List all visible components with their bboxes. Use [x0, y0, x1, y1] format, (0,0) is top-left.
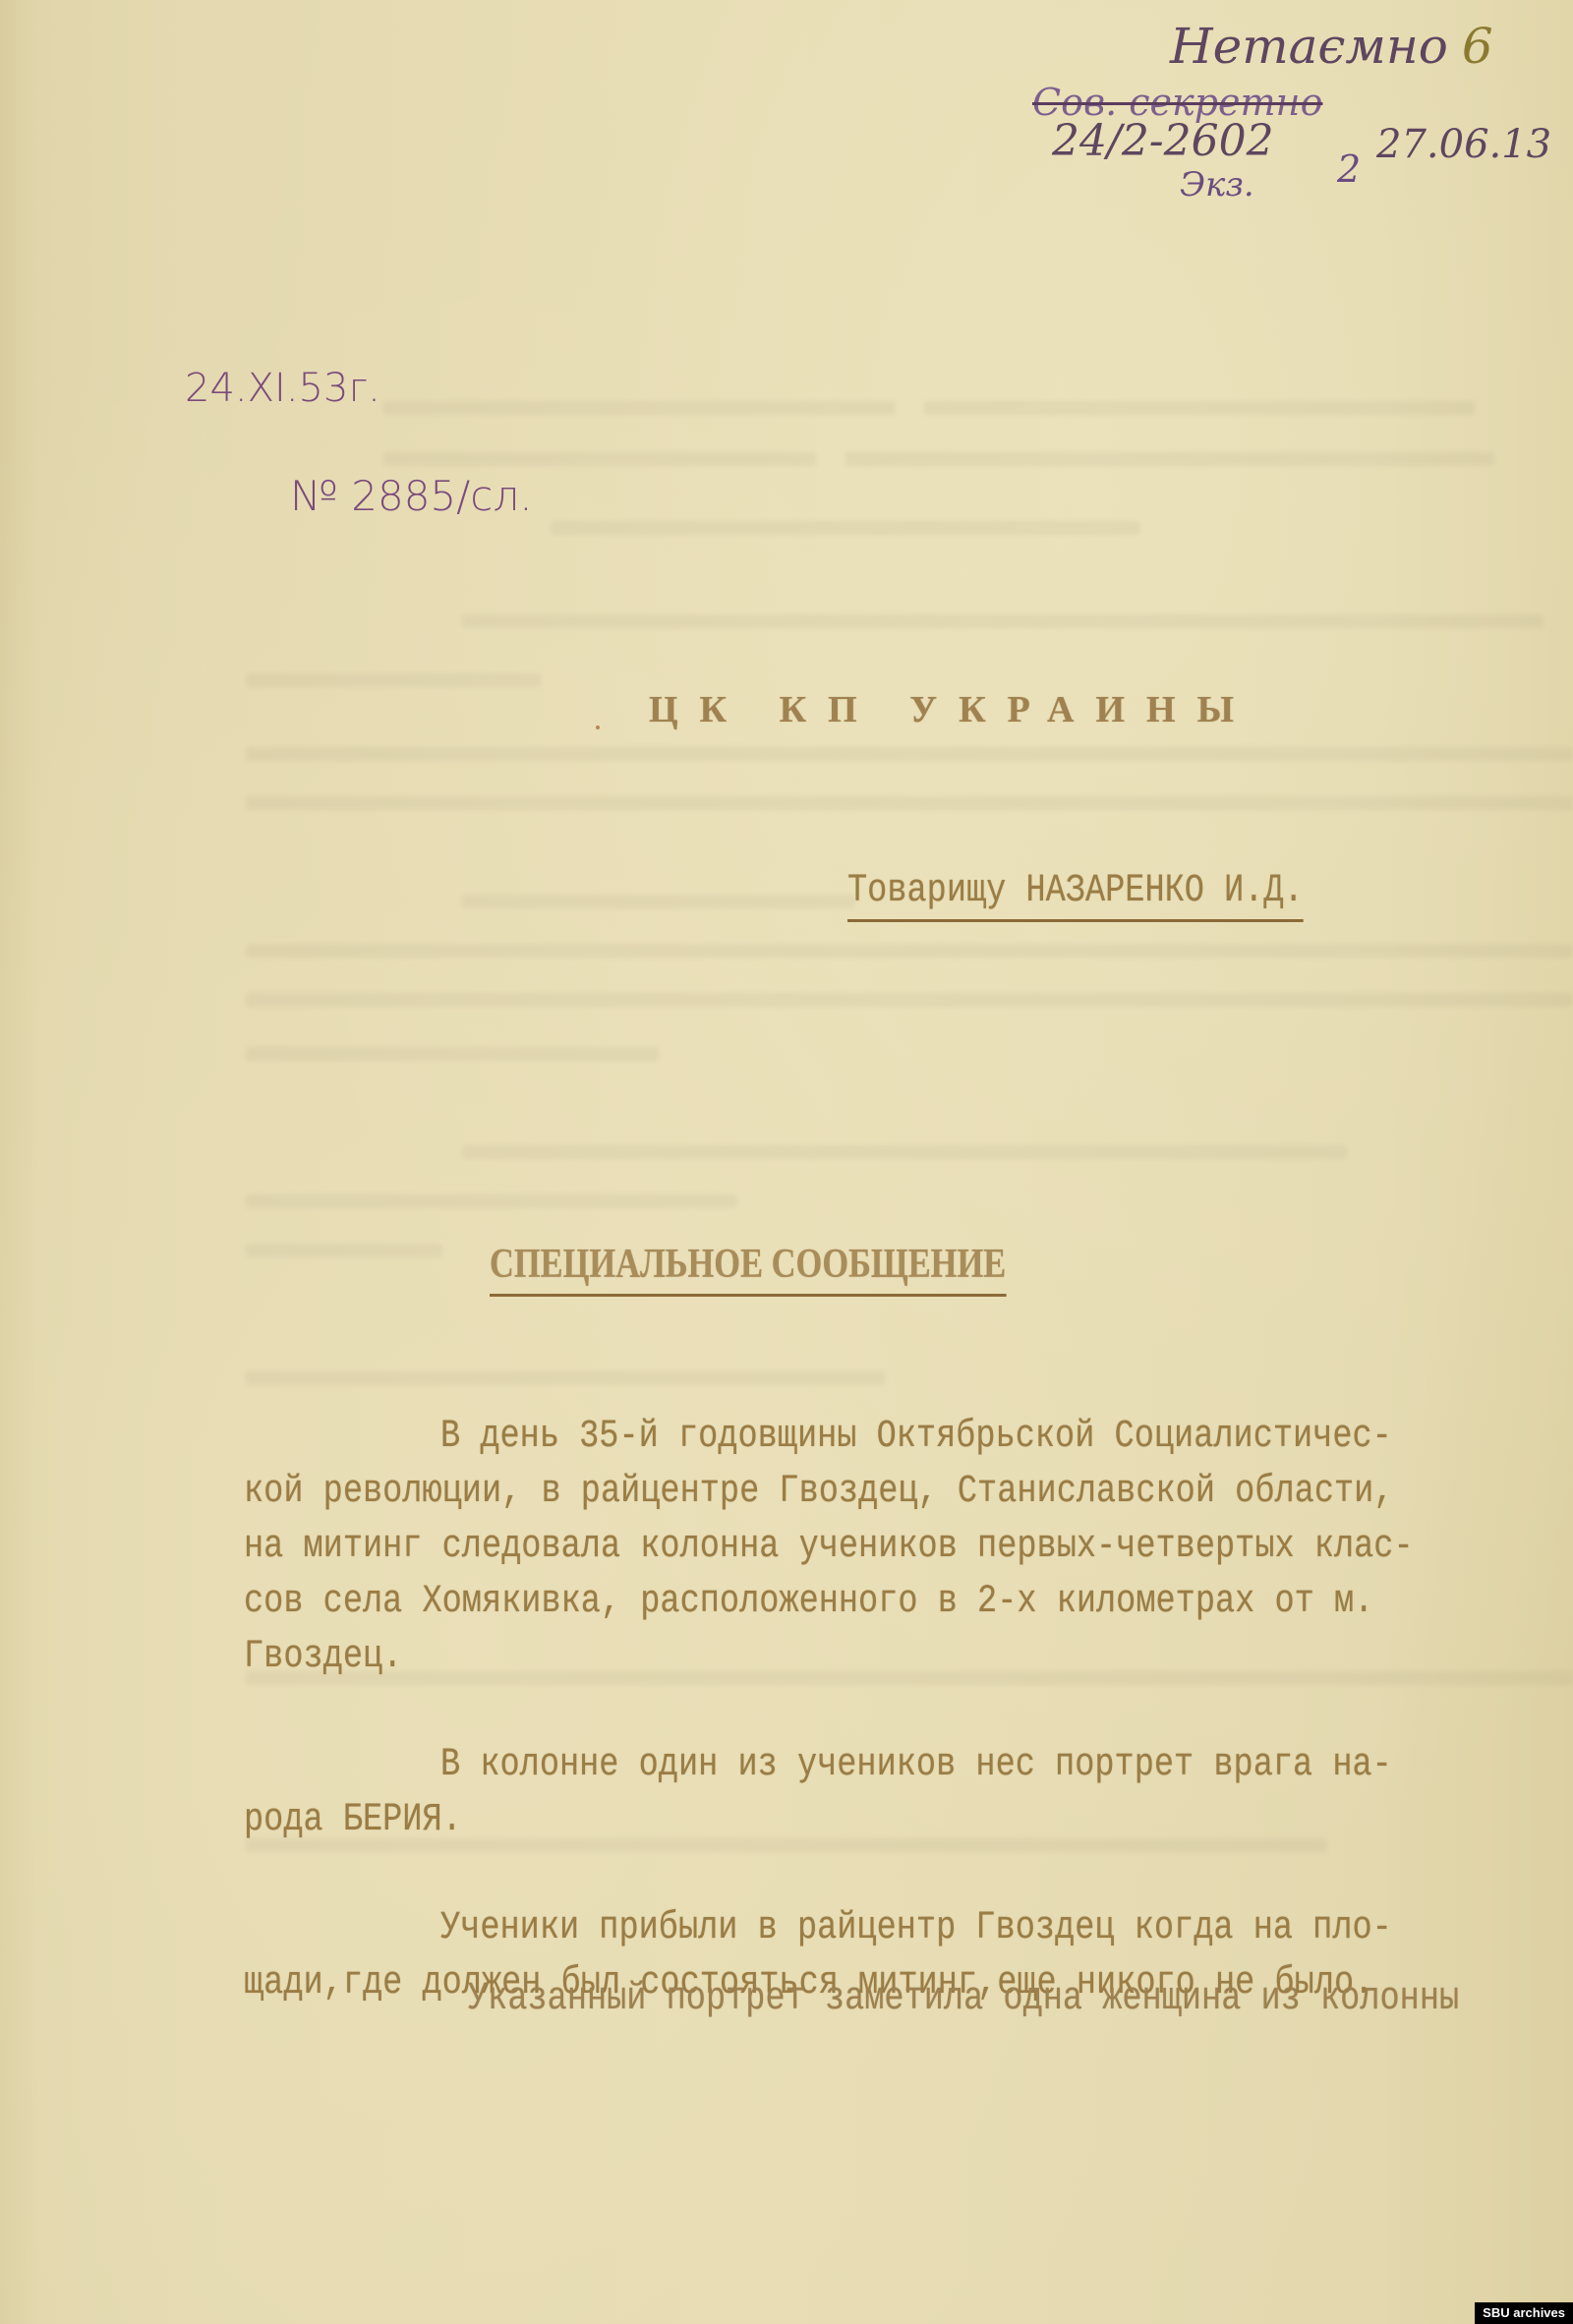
bleed-through-text [462, 895, 855, 908]
registration-number: 24/2-2602 [1052, 116, 1274, 166]
text-line: рода БЕРИЯ. [244, 1801, 462, 1840]
text-line-overtyped: Указанный портрет заметила одна женщина … [468, 1980, 1459, 2019]
bleed-through-text [462, 1145, 1347, 1159]
copy-number: 2 [1337, 147, 1361, 191]
classification-digit: 6 [1462, 18, 1493, 75]
copy-label: Экз. [1180, 165, 1254, 204]
bleed-through-text [246, 747, 1573, 761]
received-date: 24.XI.53г. [185, 366, 380, 411]
registration-date: 27.06.13 [1376, 122, 1551, 167]
archive-watermark: SBU archives [1475, 2302, 1573, 2324]
bleed-through-text [246, 1671, 1573, 1685]
bleed-through-text [845, 452, 1494, 466]
recipient-person: Товарищу НАЗАРЕНКО И.Д. [847, 869, 1304, 922]
incoming-number: № 2885/сл. [290, 472, 533, 520]
bleed-through-text [383, 401, 895, 415]
bleed-through-text [246, 673, 541, 687]
classification-text: Нетаємно [1170, 18, 1448, 75]
bleed-through-text [246, 993, 1573, 1007]
bleed-through-text [246, 1194, 737, 1208]
bleed-through-text [924, 401, 1475, 415]
recipient-organization: ЦК КП УКРАИНЫ [649, 688, 1255, 731]
text-line: В колонне один из учеников нес портрет в… [440, 1746, 1392, 1785]
bleed-through-text [246, 1047, 659, 1061]
text-line: В день 35-й годовщины Октябрьской Социал… [440, 1418, 1392, 1457]
bleed-through-text [383, 452, 816, 466]
text-line: кой революции, в райцентре Гвоздец, Стан… [244, 1473, 1393, 1512]
document-title: СПЕЦИАЛЬНОЕ СООБЩЕНИЕ [490, 1241, 1006, 1297]
bleed-through-text [246, 796, 1573, 810]
text-line: Ученики прибыли в райцентр Гвоздец когда… [440, 1909, 1392, 1948]
bleed-through-text [551, 521, 1140, 535]
ink-speck [596, 726, 600, 729]
bleed-through-text [246, 944, 1573, 958]
bleed-through-text [246, 1371, 885, 1385]
text-line: сов села Хомякивка, расположенного в 2-х… [244, 1583, 1373, 1622]
text-line: на митинг следовала колонна учеников пер… [244, 1528, 1414, 1567]
text-line: Гвоздец. [244, 1638, 402, 1677]
bleed-through-text [246, 1244, 442, 1257]
classification-annotation: Нетаємно6 [1170, 18, 1493, 75]
bleed-through-text [462, 614, 1544, 628]
